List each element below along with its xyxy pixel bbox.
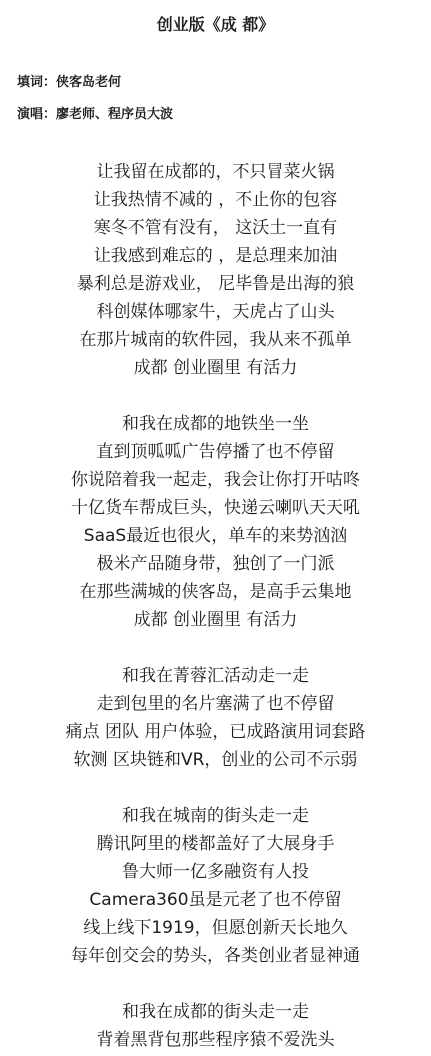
lyric-line: 每年创交会的势头，各类创业者显神通 xyxy=(0,942,431,970)
lyric-line: 鲁大师一亿多融资有人投 xyxy=(0,858,431,886)
credit-lyricist: 填词：侠客岛老何 xyxy=(0,75,431,91)
lyrics-body: 让我留在成都的，不只冒菜火锅让我热情不减的 ，不止你的包容寒冬不管有没有， 这沃… xyxy=(0,158,431,1054)
verse: 和我在成都的街头走一走背着黑背包那些程序猿不爱洗头 xyxy=(0,998,431,1054)
verse: 和我在菁蓉汇活动走一走走到包里的名片塞满了也不停留痛点 团队 用户体验，已成路演… xyxy=(0,662,431,774)
lyric-line: 你说陪着我一起走，我会让你打开咕咚 xyxy=(0,466,431,494)
lyric-line: 和我在菁蓉汇活动走一走 xyxy=(0,662,431,690)
lyric-line: 在那片城南的软件园，我从来不孤单 xyxy=(0,326,431,354)
lyric-line: 和我在成都的地铁坐一坐 xyxy=(0,410,431,438)
lyrics-page: 创业版《成 都》 填词：侠客岛老何 演唱：廖老师、程序员大波 让我留在成都的，不… xyxy=(0,0,431,1054)
page-title: 创业版《成 都》 xyxy=(0,15,431,35)
lyric-line: 让我留在成都的，不只冒菜火锅 xyxy=(0,158,431,186)
lyric-line: 软测 区块链和VR，创业的公司不示弱 xyxy=(0,746,431,774)
lyric-line: 成都 创业圈里 有活力 xyxy=(0,606,431,634)
lyric-line: SaaS最近也很火，单车的来势汹汹 xyxy=(0,522,431,550)
lyric-line: 暴利总是游戏业， 尼毕鲁是出海的狼 xyxy=(0,270,431,298)
lyric-line: 寒冬不管有没有， 这沃土一直有 xyxy=(0,214,431,242)
lyric-line: Camera360虽是元老了也不停留 xyxy=(0,886,431,914)
lyric-line: 直到顶呱呱广告停播了也不停留 xyxy=(0,438,431,466)
lyric-line: 背着黑背包那些程序猿不爱洗头 xyxy=(0,1026,431,1054)
credit-singers: 演唱：廖老师、程序员大波 xyxy=(0,107,431,123)
lyric-line: 线上线下1919，但愿创新天长地久 xyxy=(0,914,431,942)
lyric-line: 腾讯阿里的楼都盖好了大展身手 xyxy=(0,830,431,858)
verse: 让我留在成都的，不只冒菜火锅让我热情不减的 ，不止你的包容寒冬不管有没有， 这沃… xyxy=(0,158,431,382)
lyric-line: 痛点 团队 用户体验，已成路演用词套路 xyxy=(0,718,431,746)
lyric-line: 科创媒体哪家牛，天虎占了山头 xyxy=(0,298,431,326)
lyric-line: 和我在成都的街头走一走 xyxy=(0,998,431,1026)
verse: 和我在成都的地铁坐一坐直到顶呱呱广告停播了也不停留你说陪着我一起走，我会让你打开… xyxy=(0,410,431,634)
lyric-line: 在那些满城的侠客岛，是高手云集地 xyxy=(0,578,431,606)
lyric-line: 成都 创业圈里 有活力 xyxy=(0,354,431,382)
lyric-line: 极米产品随身带，独创了一门派 xyxy=(0,550,431,578)
verse: 和我在城南的街头走一走腾讯阿里的楼都盖好了大展身手鲁大师一亿多融资有人投Came… xyxy=(0,802,431,970)
lyric-line: 十亿货车帮成巨头，快递云喇叭天天吼 xyxy=(0,494,431,522)
lyric-line: 让我感到难忘的 ，是总理来加油 xyxy=(0,242,431,270)
lyric-line: 让我热情不减的 ，不止你的包容 xyxy=(0,186,431,214)
lyric-line: 走到包里的名片塞满了也不停留 xyxy=(0,690,431,718)
lyric-line: 和我在城南的街头走一走 xyxy=(0,802,431,830)
